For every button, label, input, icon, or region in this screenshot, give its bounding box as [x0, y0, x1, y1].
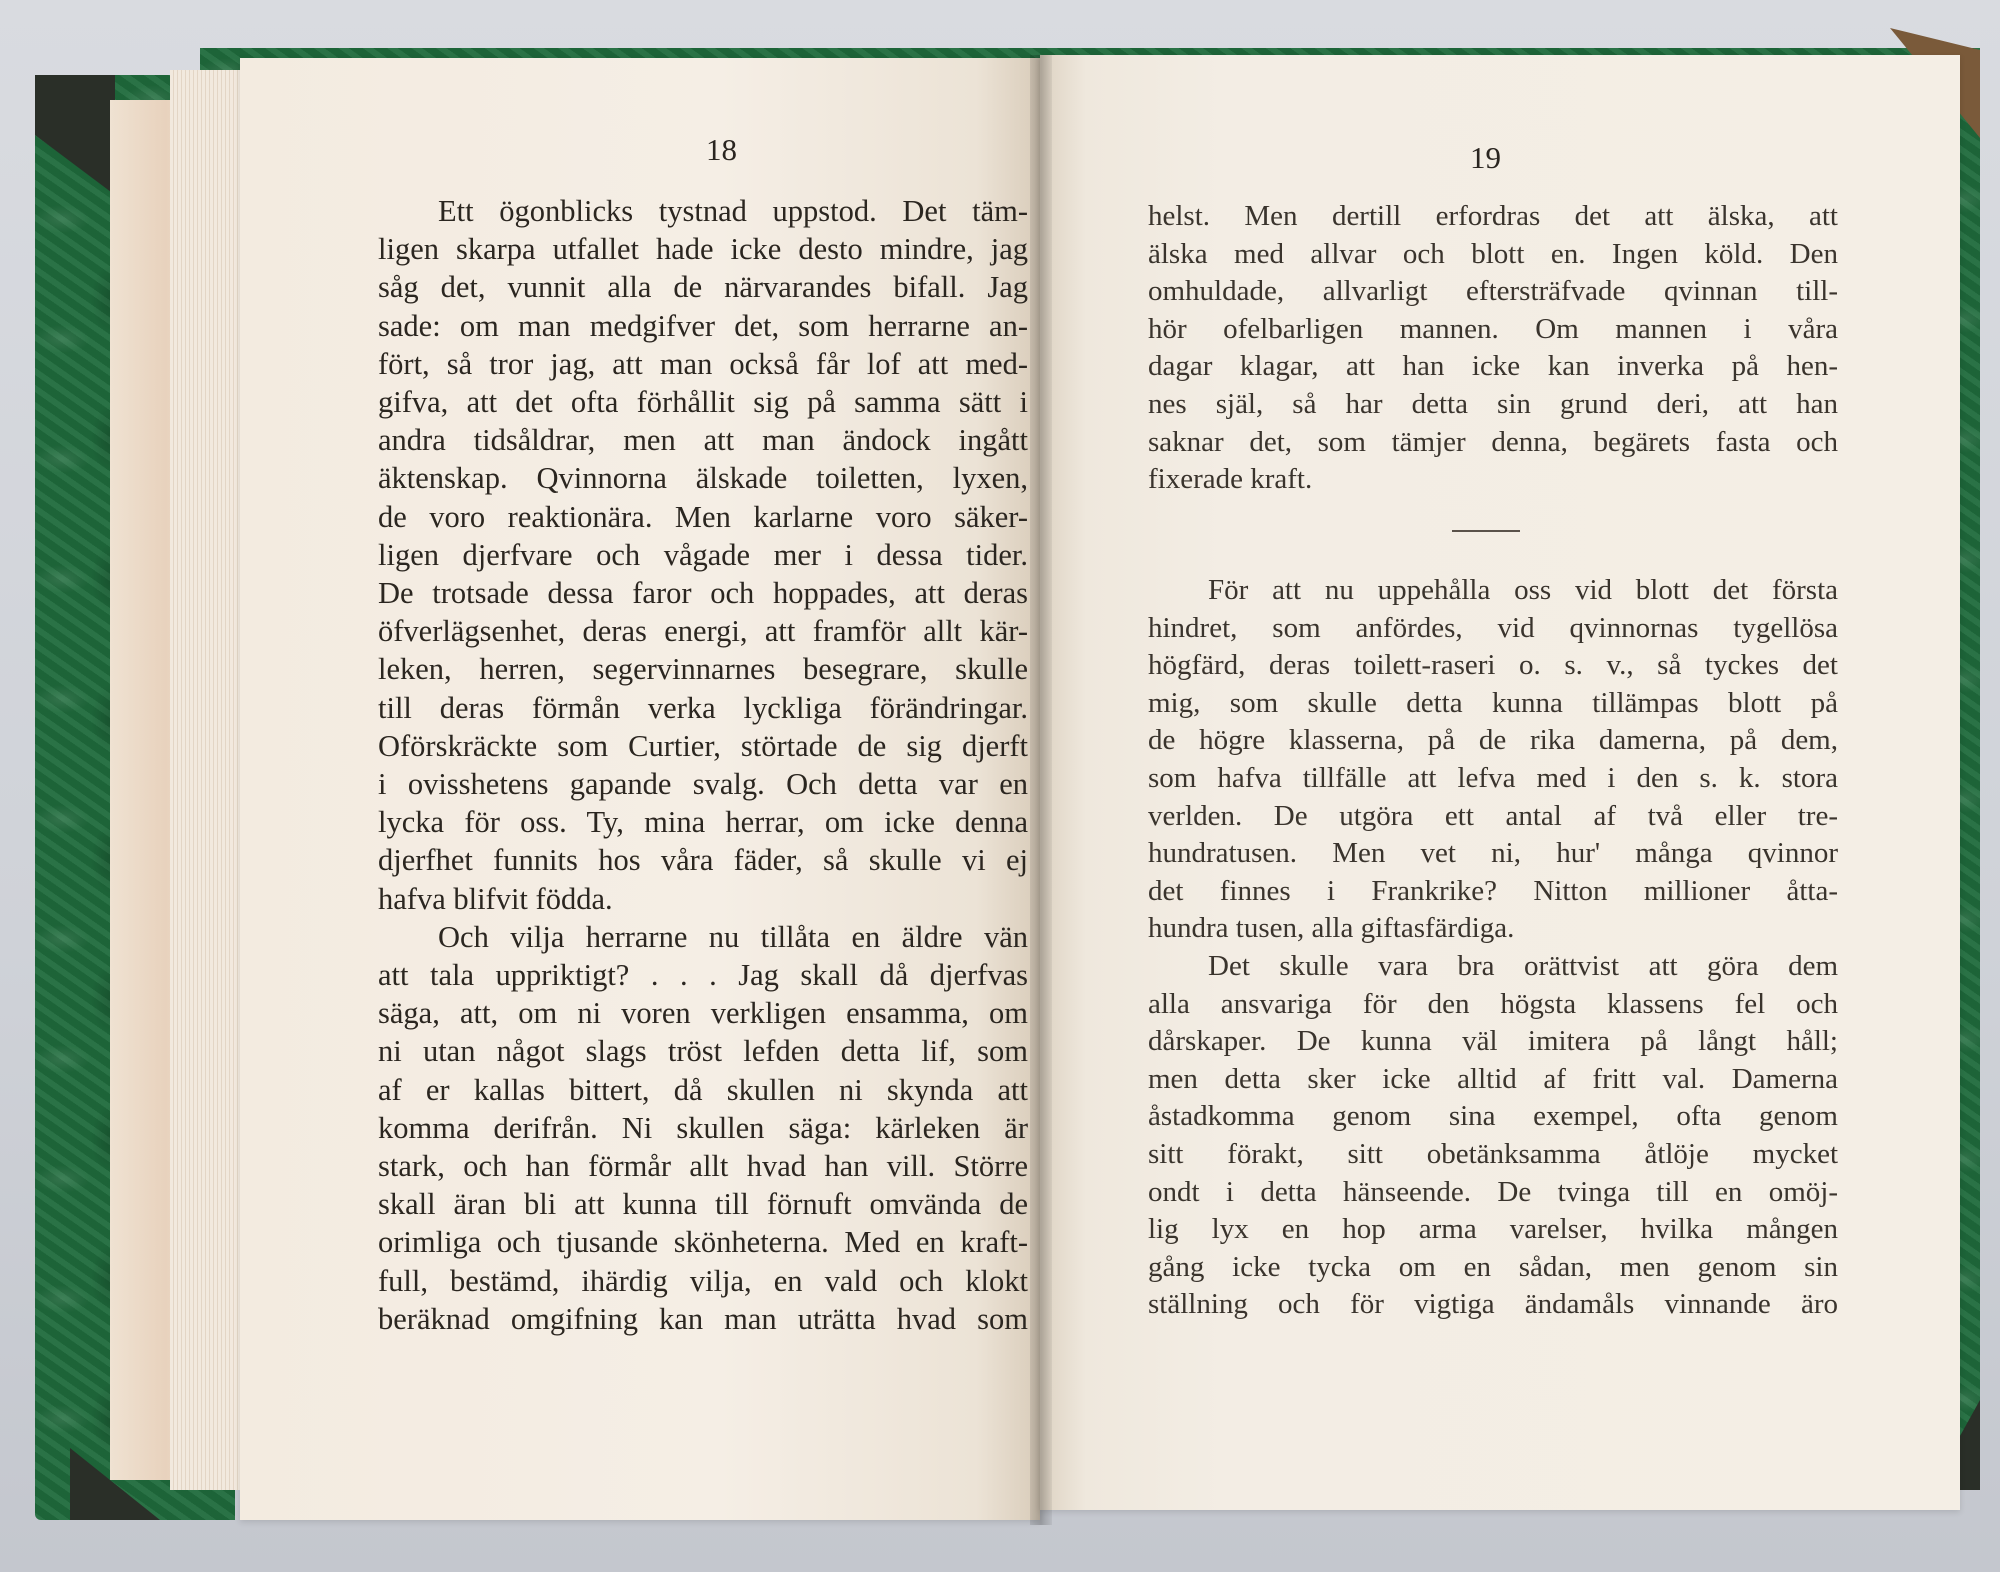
book-gutter: [1030, 55, 1052, 1525]
text-line: att tala uppriktigt? . . . Jag skall då …: [378, 956, 1028, 994]
text-line: de voro reaktionära. Men karlarne voro s…: [378, 498, 1028, 536]
text-line: hafva blifvit födda.: [378, 880, 1028, 918]
text-line: Oförskräckte som Curtier, störtade de si…: [378, 727, 1028, 765]
text-line: hindret, som anfördes, vid qvinnornas ty…: [1148, 610, 1838, 648]
text-line: fört, så tror jag, att man också får lof…: [378, 345, 1028, 383]
text-line: ligen skarpa utfallet hade icke desto mi…: [378, 230, 1028, 268]
text-line: verlden. De utgöra ett antal af två elle…: [1148, 798, 1838, 836]
text-line: skall äran bli att kunna till förnuft om…: [378, 1185, 1028, 1223]
text-line: säga, att, om ni voren verkligen ensamma…: [378, 994, 1028, 1032]
text-line: beräknad omgifning kan man uträtta hvad …: [378, 1300, 1028, 1338]
text-line: orimliga och tjusande skönheterna. Med e…: [378, 1223, 1028, 1261]
text-line: hundratusen. Men vet ni, hur' många qvin…: [1148, 835, 1838, 873]
text-line: gifva, att det ofta förhållit sig på sam…: [378, 383, 1028, 421]
text-line: lig lyx en hop arma varelser, hvilka mån…: [1148, 1211, 1838, 1249]
page-number-left: 18: [706, 132, 737, 168]
text-line: ni utan något slags tröst lefden detta l…: [378, 1032, 1028, 1070]
text-line: Det skulle vara bra orättvist att göra d…: [1148, 948, 1838, 986]
text-line: hör ofelbarligen mannen. Om mannen i vår…: [1148, 311, 1838, 349]
text-line: älska med allvar och blott en. Ingen köl…: [1148, 236, 1838, 274]
text-line: till deras förmån verka lyckliga förändr…: [378, 689, 1028, 727]
text-line: de högre klasserna, på de rika damerna, …: [1148, 722, 1838, 760]
text-line: hundra tusen, alla giftasfärdiga.: [1148, 910, 1838, 948]
text-line: ligen djerfvare och vågade mer i dessa t…: [378, 536, 1028, 574]
text-line: fixerade kraft.: [1148, 461, 1838, 499]
text-line: det finnes i Frankrike? Nitton millioner…: [1148, 873, 1838, 911]
text-line: såg det, vunnit alla de närvarandes bifa…: [378, 268, 1028, 306]
text-line: Ett ögonblicks tystnad uppstod. Det täm-: [378, 192, 1028, 230]
text-line: andra tidsåldrar, men att man ändock ing…: [378, 421, 1028, 459]
text-line: äktenskap. Qvinnorna älskade toiletten, …: [378, 459, 1028, 497]
text-line: i ovisshetens gapande svalg. Och detta v…: [378, 765, 1028, 803]
text-line: som hafva tillfälle att lefva med i den …: [1148, 760, 1838, 798]
text-line: öfverlägsenhet, deras energi, att framfö…: [378, 612, 1028, 650]
text-line: djerfhet funnits hos våra fäder, så skul…: [378, 841, 1028, 879]
text-line: komma derifrån. Ni skullen säga: kärleke…: [378, 1109, 1028, 1147]
text-line: För att nu uppehålla oss vid blott det f…: [1148, 572, 1838, 610]
text-line: full, bestämd, ihärdig vilja, en vald oc…: [378, 1262, 1028, 1300]
text-line: åstadkomma genom sina exempel, ofta geno…: [1148, 1098, 1838, 1136]
text-line: sade: om man medgifver det, som herrarne…: [378, 307, 1028, 345]
text-line: nes själ, så har detta sin grund deri, a…: [1148, 386, 1838, 424]
text-line: gång icke tycka om en sådan, men genom s…: [1148, 1249, 1838, 1287]
text-line: sitt förakt, sitt obetänksamma åtlöje my…: [1148, 1136, 1838, 1174]
text-line: ondt i detta hänseende. De tvinga till e…: [1148, 1174, 1838, 1212]
text-line: Och vilja herrarne nu tillåta en äldre v…: [378, 918, 1028, 956]
text-line: men detta sker icke alltid af fritt val.…: [1148, 1061, 1838, 1099]
right-page-text-top: helst. Men dertill erfordras det att äls…: [1148, 198, 1838, 499]
right-page-text-bottom: För att nu uppehålla oss vid blott det f…: [1148, 572, 1838, 1324]
text-line: De trotsade dessa faror och hoppades, at…: [378, 574, 1028, 612]
text-line: mig, som skulle detta kunna tillämpas bl…: [1148, 685, 1838, 723]
page-number-right: 19: [1470, 140, 1501, 176]
section-divider: [1452, 530, 1520, 532]
text-line: lycka för oss. Ty, mina herrar, om icke …: [378, 803, 1028, 841]
text-line: stark, och han förmår allt hvad han vill…: [378, 1147, 1028, 1185]
text-line: leken, herren, segervinnarnes besegrare,…: [378, 650, 1028, 688]
text-line: af er kallas bittert, då skullen ni skyn…: [378, 1071, 1028, 1109]
left-page-text: Ett ögonblicks tystnad uppstod. Det täm-…: [378, 192, 1028, 1338]
text-line: dagar klagar, att han icke kan inverka p…: [1148, 348, 1838, 386]
text-line: saknar det, som tämjer denna, begärets f…: [1148, 424, 1838, 462]
text-line: högfärd, deras toilett-raseri o. s. v., …: [1148, 647, 1838, 685]
text-line: ställning och för vigtiga ändamåls vinna…: [1148, 1286, 1838, 1324]
text-line: dårskaper. De kunna väl imitera på långt…: [1148, 1023, 1838, 1061]
text-line: helst. Men dertill erfordras det att äls…: [1148, 198, 1838, 236]
text-line: alla ansvariga för den högsta klassens f…: [1148, 986, 1838, 1024]
text-line: omhuldade, allvarligt eftersträfvade qvi…: [1148, 273, 1838, 311]
